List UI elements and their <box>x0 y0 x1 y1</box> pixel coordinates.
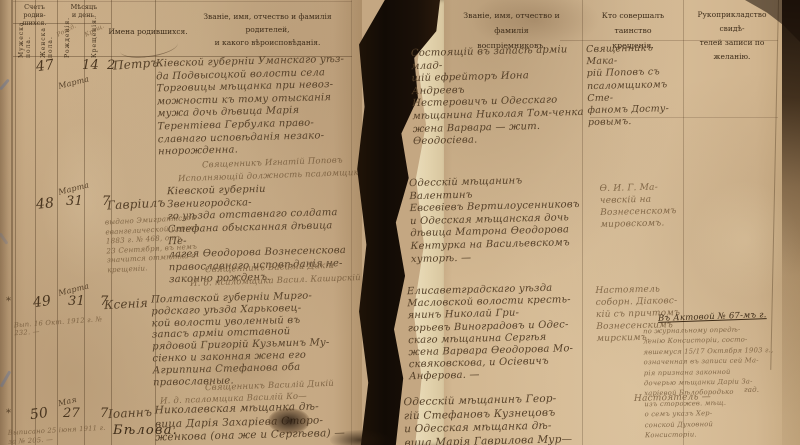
record-number: 48 <box>35 195 55 213</box>
born-day: 31 <box>68 294 85 309</box>
record-number: 47 <box>35 57 55 75</box>
record-number: 50 <box>29 405 49 423</box>
margin-asterisk: * <box>6 408 11 419</box>
header-count-male: Мужеска пола. <box>18 26 32 58</box>
officiant-entry: Священникъ Мака- рій Поповъ съ псаломщик… <box>586 42 682 130</box>
child-name: Іоаннъ <box>108 405 153 421</box>
parents-entry: Кіевской губерніи Уманскаго уѣз- да Подв… <box>156 54 354 160</box>
header-top-rule <box>13 1 352 2</box>
godparents-entry: Одесскій мѣщанинъ Геор- гій Стефановъ Ку… <box>403 392 590 445</box>
header-count-female: Женска пола. <box>40 26 54 58</box>
born-day: 31 <box>66 194 83 209</box>
header-count-births: Счетъ родив- шихся. <box>12 3 57 27</box>
column-rule <box>57 0 58 445</box>
child-name: Ксенія <box>104 296 149 312</box>
header-parents: Званіе, имя, отчество и фамилія родителе… <box>185 10 350 49</box>
born-day: 14 <box>82 58 99 73</box>
officiant-entry: Ѳ. И. Г. Ма- чевскій на Вознесенскомъ ми… <box>599 181 684 231</box>
header-names-of-born: Имена родившихся. <box>102 27 194 36</box>
header-month-day: Мѣсяцъ и день. <box>57 3 111 19</box>
table-border-left-inner <box>15 0 16 445</box>
godparents-entry: Одесскій мѣщанинъ Валентинъ Евсевіевъ Ве… <box>409 174 587 266</box>
born-day: 27 <box>63 406 80 421</box>
header-witness-signatures: Рукоприкладство свидѣ- телей записи по ж… <box>686 8 778 64</box>
parents-entry: Полтавской губерніи Мирго- родскаго уѣзд… <box>151 290 353 389</box>
margin-asterisk: * <box>6 296 11 307</box>
book-edge-right <box>782 0 800 445</box>
parents-entry: Николаевская мѣщанка дѣ- вица Дарія Заха… <box>155 400 361 445</box>
record-number: 49 <box>32 293 52 311</box>
godparents-entry: Состоящій въ запасѣ арміи млад- шій ефре… <box>411 44 585 149</box>
consistory-note-body: по журнальному опредѣ- ленію Консисторіи… <box>643 324 795 441</box>
godparents-entry: Елисаветградскаго уѣзда Масловской волос… <box>407 282 591 384</box>
